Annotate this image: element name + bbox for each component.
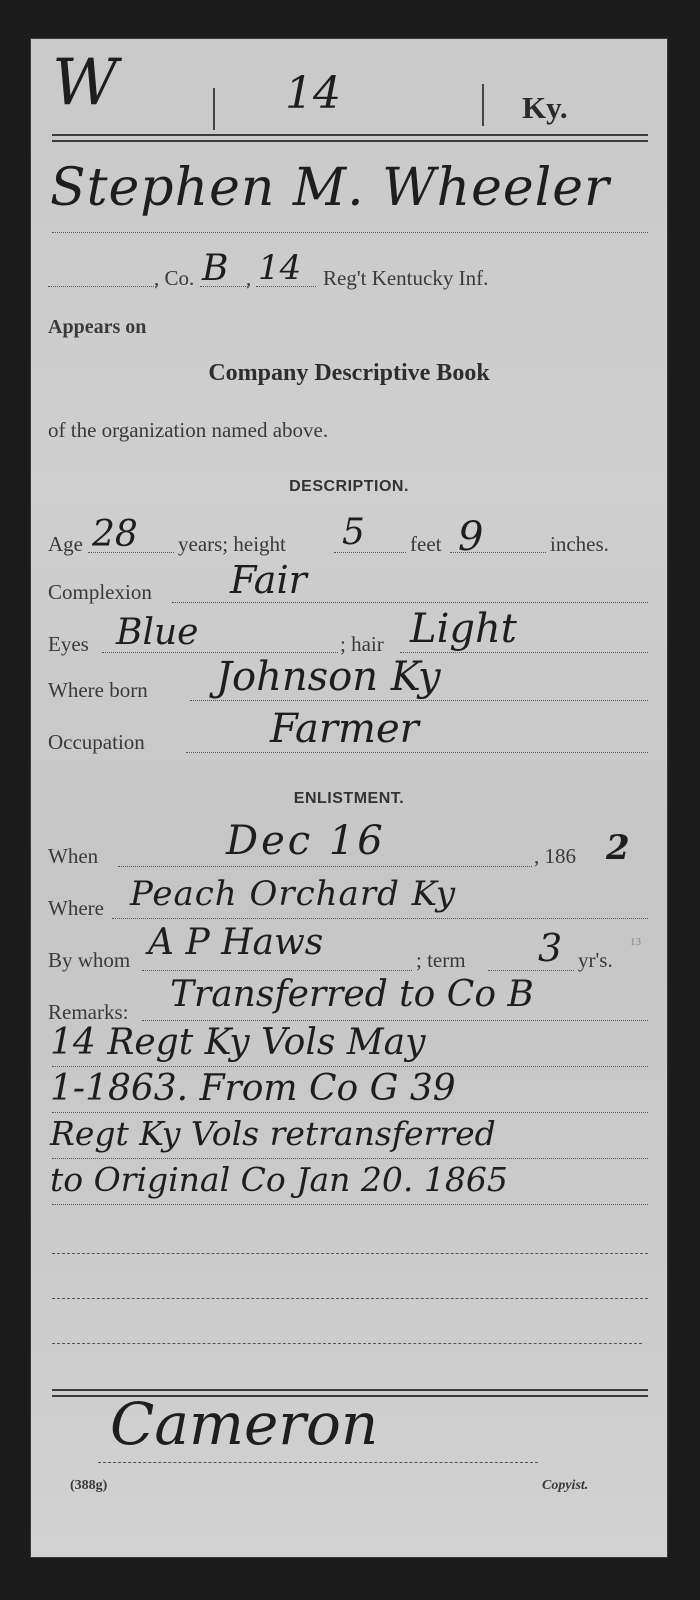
remarks-rule	[142, 1020, 648, 1021]
inches-label: inches.	[550, 532, 609, 557]
occupation-label: Occupation	[48, 730, 145, 755]
where-line	[112, 918, 648, 919]
appears-on: Appears on	[48, 316, 146, 339]
term-suffix: yr's.	[578, 948, 613, 973]
form-number: (388g)	[70, 1478, 107, 1494]
header-divider	[213, 88, 215, 130]
company-value: B	[202, 248, 228, 289]
years-height-label: years; height	[178, 532, 286, 557]
born-value: Johnson Ky	[216, 654, 441, 700]
year-prefix: , 186	[534, 844, 576, 869]
corner-mark: 13	[630, 936, 641, 948]
height-inches-value: 9	[458, 514, 483, 560]
of-organization: of the organization named above.	[48, 418, 328, 443]
blank-line	[48, 286, 156, 287]
remarks-line-1: Transferred to Co B	[170, 974, 534, 1015]
remarks-rule	[52, 1066, 648, 1067]
by-whom-line	[142, 970, 412, 971]
feet-line	[334, 552, 406, 553]
by-whom-label: By whom	[48, 948, 130, 973]
regiment-line	[256, 286, 316, 287]
when-line	[118, 866, 532, 867]
header-state: Ky.	[522, 90, 568, 126]
remarks-rule	[52, 1158, 648, 1159]
age-value: 28	[92, 514, 138, 555]
born-label: Where born	[48, 678, 148, 703]
hair-line	[400, 652, 648, 653]
header-regiment-number: 14	[285, 68, 341, 119]
complexion-value: Fair	[230, 558, 307, 602]
term-line	[488, 970, 574, 971]
description-heading: DESCRIPTION.	[30, 478, 668, 496]
remarks-line-3: 1-1863. From Co G 39	[50, 1068, 456, 1109]
surname-initial: W	[52, 46, 118, 120]
name-line	[52, 232, 648, 233]
year-digit: 2	[606, 828, 630, 868]
regiment-label: Reg't Kentucky Inf.	[323, 266, 488, 291]
born-line	[190, 700, 648, 701]
where-label: Where	[48, 896, 104, 921]
company-label: , Co.	[154, 266, 194, 291]
by-whom-value: A P Haws	[148, 922, 323, 963]
copyist-signature: Cameron	[110, 1390, 378, 1458]
header-rule	[52, 140, 648, 142]
term-label: ; term	[416, 948, 466, 973]
eyes-line	[102, 652, 338, 653]
remarks-line-4: Regt Ky Vols retransferred	[50, 1114, 496, 1153]
blank-rule	[52, 1298, 648, 1299]
where-value: Peach Orchard Ky	[130, 874, 456, 914]
blank-rule	[52, 1253, 648, 1254]
blank-rule	[52, 1343, 642, 1344]
copyist-label: Copyist.	[542, 1478, 588, 1494]
remarks-line-2: 14 Regt Ky Vols May	[50, 1022, 425, 1063]
when-value: Dec 16	[226, 818, 386, 864]
remarks-rule	[52, 1204, 648, 1205]
age-line	[88, 552, 174, 553]
header-rule	[52, 134, 648, 136]
signature-line	[98, 1462, 538, 1463]
eyes-label: Eyes	[48, 632, 89, 657]
inches-line	[450, 552, 546, 553]
remarks-rule	[52, 1112, 648, 1113]
regiment-value: 14	[258, 248, 301, 288]
complexion-line	[172, 602, 648, 603]
muster-card: W 14 Ky. Stephen M. Wheeler , Co. B , 14…	[30, 38, 668, 1558]
soldier-name: Stephen M. Wheeler	[50, 158, 610, 218]
occupation-line	[186, 752, 648, 753]
height-feet-value: 5	[342, 512, 365, 553]
complexion-label: Complexion	[48, 580, 152, 605]
company-line	[200, 286, 248, 287]
occupation-value: Farmer	[270, 706, 419, 752]
hair-value: Light	[410, 606, 517, 652]
book-title: Company Descriptive Book	[30, 360, 668, 387]
enlistment-heading: ENLISTMENT.	[30, 790, 668, 808]
feet-label: feet	[410, 532, 441, 557]
comma: ,	[246, 266, 251, 291]
term-value: 3	[538, 926, 562, 970]
header-divider	[482, 84, 484, 126]
when-label: When	[48, 844, 98, 869]
eyes-value: Blue	[116, 612, 198, 653]
age-label: Age	[48, 532, 83, 557]
remarks-line-5: to Original Co Jan 20. 1865	[50, 1160, 508, 1199]
